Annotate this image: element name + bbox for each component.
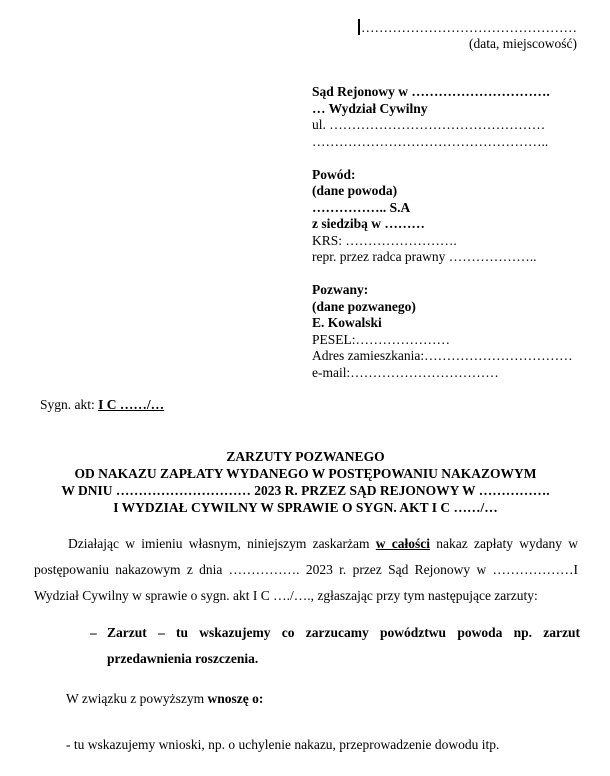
court-division: … Wydział Cywilny: [312, 101, 573, 118]
document-page[interactable]: ………………………………………… (data, miejscowość) Sąd…: [0, 0, 610, 776]
motion-note: - tu wskazujemy wnioski, np. o uchylenie…: [66, 737, 499, 754]
motion-text: W związku z powyższym: [66, 691, 207, 706]
date-fill-in-line: …………………………………………: [358, 19, 577, 36]
motion-line: W związku z powyższym wnoszę o:: [66, 691, 263, 708]
case-reference-value: I C ……/…: [98, 397, 164, 412]
case-reference-label: Sygn. akt:: [40, 397, 98, 412]
defendant-block: Pozwany: (dane pozwanego) E. Kowalski PE…: [312, 282, 573, 381]
intro-emphasis: w całości: [376, 536, 430, 551]
motion-emphasis: wnoszę o:: [207, 691, 263, 706]
defendant-label: Pozwany:: [312, 282, 573, 299]
plaintiff-company: …………….. S.A: [312, 200, 573, 217]
date-dotted-line: …………………………………………: [361, 20, 577, 35]
objection-item: – Zarzut – tu wskazujemy co zarzucamy po…: [90, 620, 580, 672]
intro-text-1: Działając w imieniu własnym, niniejszym …: [68, 536, 376, 551]
plaintiff-block: Powód: (dane powoda) …………….. S.A z siedz…: [312, 167, 573, 266]
text-cursor: [358, 19, 360, 35]
defendant-address: Adres zamieszkania:……………………………: [312, 348, 573, 365]
defendant-pesel: PESEL:…………………: [312, 332, 573, 349]
dash-bullet: –: [90, 620, 107, 672]
recipient-address-block: Sąd Rejonowy w …………………………. … Wydział Cyw…: [312, 84, 573, 398]
case-reference-line: Sygn. akt: I C ……/…: [40, 397, 164, 414]
defendant-hint: (dane pozwanego): [312, 299, 573, 316]
plaintiff-krs: KRS: …………………….: [312, 233, 573, 250]
date-place-caption: (data, miejscowość): [358, 36, 577, 52]
defendant-name: E. Kowalski: [312, 315, 573, 332]
date-place-block: ………………………………………… (data, miejscowość): [358, 19, 577, 52]
plaintiff-label: Powód:: [312, 167, 573, 184]
court-name: Sąd Rejonowy w ………………………….: [312, 84, 573, 101]
court-address: Sąd Rejonowy w …………………………. … Wydział Cyw…: [312, 84, 573, 150]
plaintiff-hint: (dane powoda): [312, 183, 573, 200]
court-street-line-2: ……………………………………………..: [312, 134, 573, 151]
title-line-2: OD NAKAZU ZAPŁATY WYDANEGO W POSTĘPOWANI…: [33, 465, 578, 482]
objection-text: Zarzut – tu wskazujemy co zarzucamy powó…: [107, 620, 580, 672]
document-title: ZARZUTY POZWANEGO OD NAKAZU ZAPŁATY WYDA…: [33, 448, 578, 516]
title-line-4: I WYDZIAŁ CYWILNY W SPRAWIE O SYGN. AKT …: [33, 499, 578, 516]
plaintiff-representative: repr. przez radca prawny ………………..: [312, 249, 573, 266]
plaintiff-seat: z siedzibą w ………: [312, 216, 573, 233]
title-line-3: W DNIU ………………………… 2023 R. PRZEZ SĄD REJO…: [33, 482, 578, 499]
court-street-line-1: ul. …………………………………………: [312, 117, 573, 134]
intro-paragraph: Działając w imieniu własnym, niniejszym …: [34, 531, 578, 609]
defendant-email: e-mail:……………………………: [312, 365, 573, 382]
title-line-1: ZARZUTY POZWANEGO: [33, 448, 578, 465]
